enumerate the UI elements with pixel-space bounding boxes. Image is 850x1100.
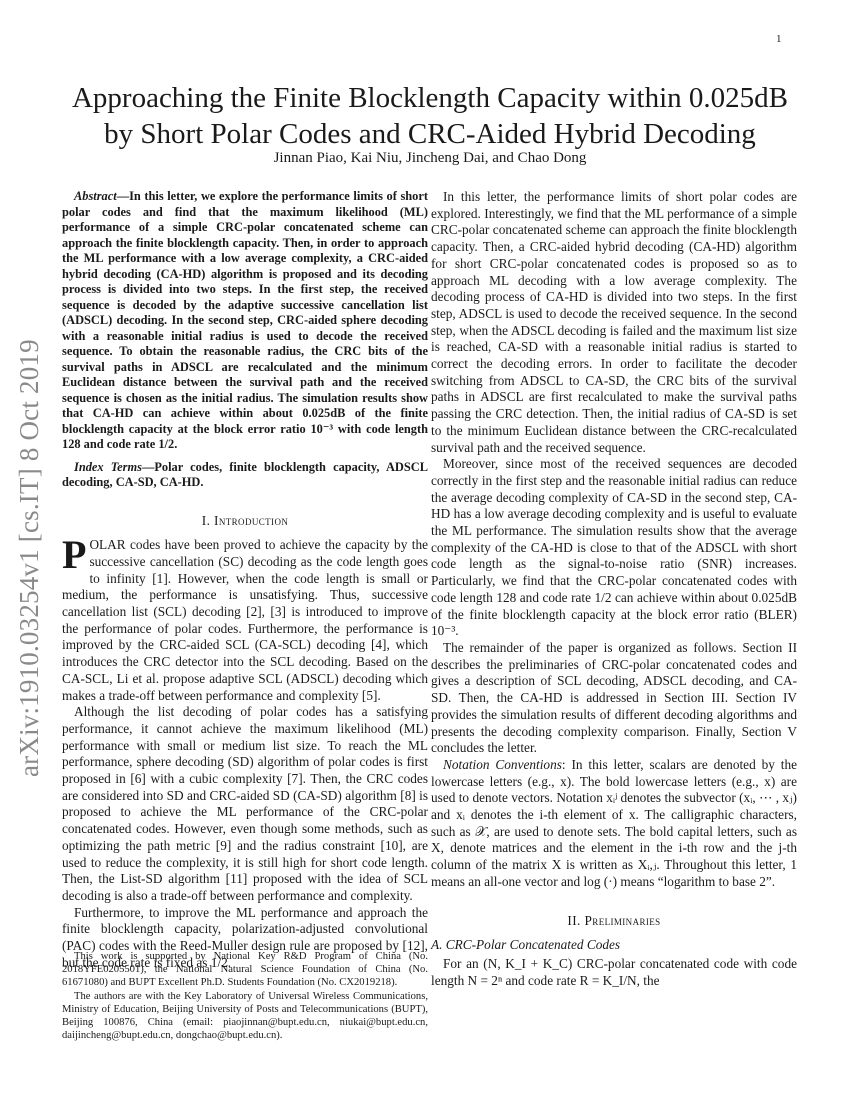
notation-conventions-paragraph: Notation Conventions: In this letter, sc…	[431, 757, 797, 891]
intro-paragraph-5: Moreover, since most of the received seq…	[431, 456, 797, 640]
dropcap-letter: P	[62, 539, 86, 571]
index-terms: Index Terms—Polar codes, finite blocklen…	[62, 460, 428, 491]
intro-paragraph-6: The remainder of the paper is organized …	[431, 640, 797, 757]
intro-paragraph-1-text: OLAR codes have been proved to achieve t…	[62, 537, 428, 702]
right-column: In this letter, the performance limits o…	[431, 189, 797, 989]
abstract: Abstract—In this letter, we explore the …	[62, 189, 428, 453]
title-line-2: by Short Polar Codes and CRC-Aided Hybri…	[104, 118, 756, 150]
intro-paragraph-1: POLAR codes have been proved to achieve …	[62, 537, 428, 704]
footnotes: This work is supported by National Key R…	[62, 950, 428, 1042]
author-list: Jinnan Piao, Kai Niu, Jincheng Dai, and …	[60, 150, 800, 167]
abstract-text: —In this letter, we explore the performa…	[62, 189, 428, 451]
intro-paragraph-4: In this letter, the performance limits o…	[431, 189, 797, 456]
notation-conventions-text: : In this letter, scalars are denoted by…	[431, 757, 797, 889]
subsection-heading-crc-polar: A. CRC-Polar Concatenated Codes	[431, 937, 797, 954]
intro-paragraph-2: Although the list decoding of polar code…	[62, 704, 428, 904]
index-terms-label: Index Terms	[74, 460, 142, 474]
title-line-1: Approaching the Finite Blocklength Capac…	[72, 82, 788, 114]
funding-footnote: This work is supported by National Key R…	[62, 950, 428, 990]
section-heading-introduction: I. Introduction	[62, 513, 428, 530]
preliminaries-paragraph-1: For an (N, K_I + K_C) CRC-polar concaten…	[431, 956, 797, 989]
left-column: Abstract—In this letter, we explore the …	[62, 189, 428, 971]
affiliation-footnote: The authors are with the Key Laboratory …	[62, 990, 428, 1043]
notation-conventions-label: Notation Conventions	[443, 757, 562, 772]
arxiv-identifier-stamp: arXiv:1910.03254v1 [cs.IT] 8 Oct 2019	[14, 339, 45, 777]
paper-title: Approaching the Finite Blocklength Capac…	[60, 80, 800, 152]
page-number: 1	[776, 33, 782, 45]
abstract-label: Abstract	[74, 189, 117, 203]
section-heading-preliminaries: II. Preliminaries	[431, 913, 797, 930]
